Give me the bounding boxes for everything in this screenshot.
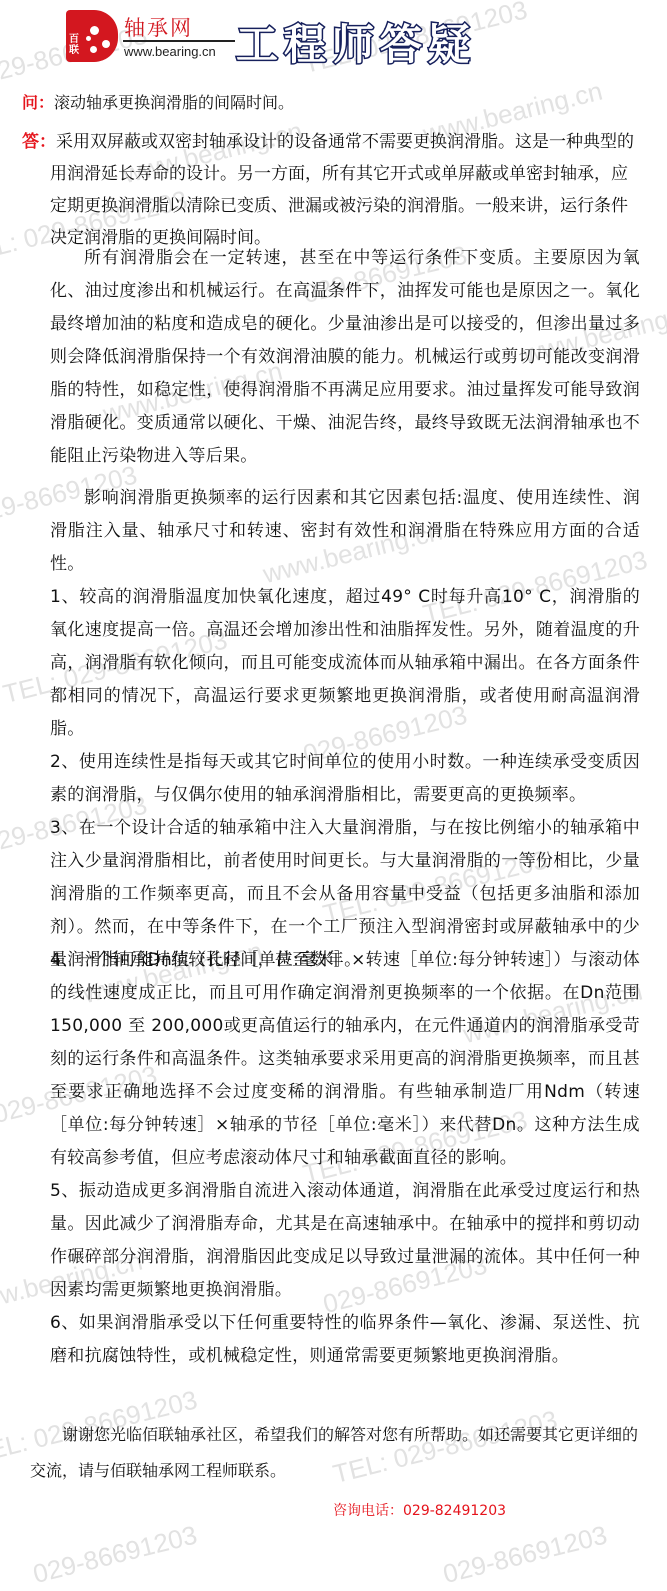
logo-badge-text: 百联 <box>69 34 81 56</box>
page-title: 工程师答疑 <box>236 12 476 72</box>
answer-intro-text: 采用双屏蔽或双密封轴承设计的设备通常不需要更换润滑脂。这是一种典型的用润滑延长寿… <box>50 132 634 248</box>
answer-intro: 答：采用双屏蔽或双密封轴承设计的设备通常不需要更换润滑脂。这是一种典型的用润滑延… <box>22 126 642 254</box>
answer-item: 5、振动造成更多润滑脂自流进入滚动体通道，润滑脂在此承受过度运行和热量。因此减少… <box>50 1175 640 1307</box>
page-header: 百联 轴承网 www.bearing.cn 工程师答疑 <box>0 0 667 78</box>
answer-item: 2、使用连续性是指每天或其它时间单位的使用小时数。一种连续承受变质因素的润滑脂，… <box>50 746 640 812</box>
consult-phone[interactable]: 咨询电话：029-82491203 <box>333 1500 506 1520</box>
site-logo[interactable]: 百联 轴承网 www.bearing.cn <box>66 10 216 62</box>
answer-item: 6、如果润滑脂承受以下任何重要特性的临界条件—氧化、渗漏、泵送性、抗磨和抗腐蚀特… <box>50 1307 640 1373</box>
logo-divider <box>123 40 235 42</box>
answer-item: 1、较高的润滑脂温度加快氧化速度，超过49° C时每升高10° C，润滑脂的氧化… <box>50 581 640 746</box>
watermark-text: 029-86691203 <box>440 1519 610 1590</box>
question-text: 滚动轴承更换润滑脂的间隔时间。 <box>54 93 294 112</box>
logo-url: www.bearing.cn <box>124 44 216 59</box>
answer-item: 4、一个轴承Dn值（孔径［单位:毫米］×转速［单位:每分钟转速］）与滚动体的线性… <box>50 944 640 1175</box>
question-label: 问： <box>22 93 54 112</box>
answer-label: 答： <box>22 132 56 152</box>
answer-paragraph: 影响润滑脂更换频率的运行因素和其它因素包括:温度、使用连续性、润滑脂注入量、轴承… <box>50 482 640 581</box>
logo-b-icon: 百联 <box>66 10 118 62</box>
watermark-text: 029-86691203 <box>30 1519 200 1590</box>
logo-name: 轴承网 <box>124 12 193 42</box>
answer-paragraph: 所有润滑脂会在一定转速，甚至在中等运行条件下变质。主要原因为氧化、油过度渗出和机… <box>50 242 640 473</box>
question: 问：滚动轴承更换润滑脂的间隔时间。 <box>22 92 294 114</box>
thanks-message: 谢谢您光临佰联轴承社区，希望我们的解答对您有所帮助。如还需要其它更详细的交流，请… <box>30 1417 650 1489</box>
